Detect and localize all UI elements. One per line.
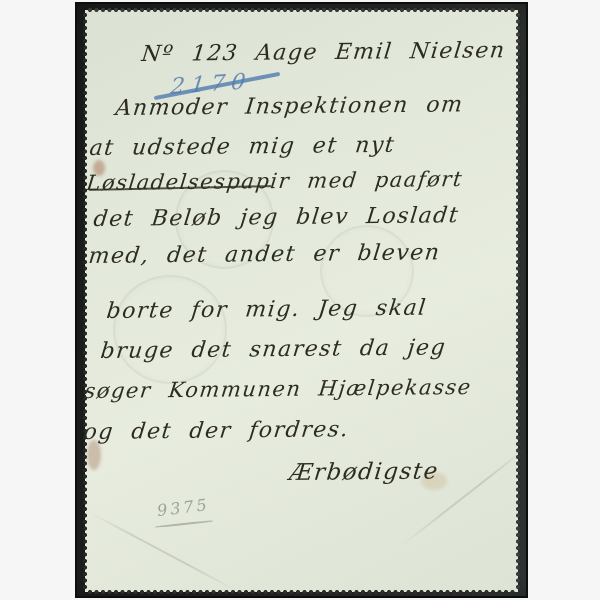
photo-canvas: Nº 123 Aage Emil Nielsen 2170 Anmoder In…	[0, 0, 600, 600]
paper-crease	[86, 510, 237, 592]
handwritten-line: Nº 123 Aage Emil Nielsen	[140, 38, 507, 67]
handwritten-line: og det der fordres.	[82, 417, 350, 445]
signature: Ærbødigste	[288, 458, 440, 486]
perforation-bottom-edge	[87, 589, 516, 595]
handwritten-line: søger Kommunen Hjælpekasse	[83, 375, 473, 403]
handwritten-line: bruge det snarest da jeg	[99, 335, 447, 364]
perforation-top-edge	[87, 7, 516, 13]
handwritten-line: med, det andet er bleven	[87, 240, 442, 269]
letter-card: Nº 123 Aage Emil Nielsen 2170 Anmoder In…	[85, 10, 518, 592]
perforation-left-edge	[82, 12, 88, 590]
embossed-seal	[113, 275, 227, 384]
photo-background: Nº 123 Aage Emil Nielsen 2170 Anmoder In…	[75, 2, 528, 598]
handwritten-line: Anmoder Inspektionen om	[114, 92, 465, 121]
perforation-right-edge	[515, 12, 521, 590]
handwritten-line: det Beløb jeg blev Losladt	[92, 203, 460, 232]
pencil-underline	[155, 520, 213, 528]
pencil-number: 9375	[156, 495, 211, 520]
handwritten-line: at udstede mig et nyt	[88, 133, 396, 161]
handwritten-line: borte for mig. Jeg skal	[105, 296, 428, 324]
handwritten-line: Løsladelsespapir med paaført	[85, 167, 464, 195]
